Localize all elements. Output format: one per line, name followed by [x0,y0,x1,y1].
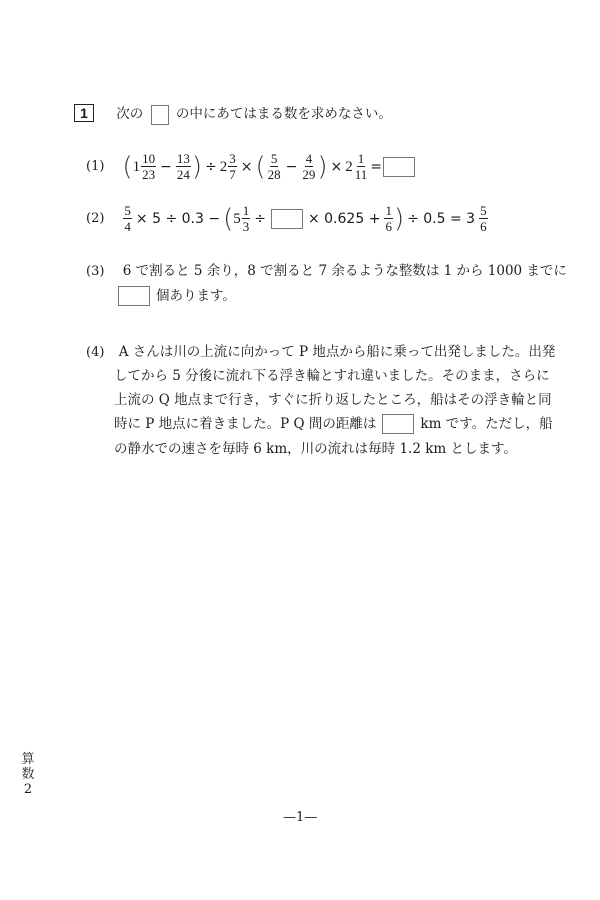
fraction: 429 [301,152,316,181]
q1-whole: 2 [345,157,353,177]
fraction: 528 [267,152,282,181]
q1-label: (1) [86,157,104,177]
q3-line1: 6 で割ると 5 余り，8 で割ると 7 余るような整数は 1 から 1000 … [123,263,567,279]
close-paren: ) [317,154,327,180]
div-op: ÷ [205,157,217,177]
minus-op: − [286,157,298,177]
q3-answer-box[interactable] [118,286,150,306]
expression-part: × 5 ÷ 0.3 − [136,209,220,229]
q1-whole: 1 [133,157,141,177]
q3-line2: 個あります。 [156,286,236,306]
question-2: (2) 54 × 5 ÷ 0.3 − ( 5 13 ÷ × 0.625 + 16… [86,204,489,233]
expression-part: × 0.625 + [308,209,380,229]
blank-box-example [151,105,169,125]
q4-answer-box[interactable] [382,414,414,434]
fraction: 1023 [141,152,156,181]
subject-char: 算 [20,752,36,767]
open-paren: ( [255,154,265,180]
q4-line4: 時に P 地点に着きました。P Q 間の距離は km です。ただし，船 [114,414,553,434]
subject-char: 2 [20,782,36,797]
q4-line1: A さんは川の上流に向かって P 地点から船に乗って出発しました。出発 [119,344,556,360]
minus-op: − [160,157,172,177]
question-4: (4) A さんは川の上流に向かって P 地点から船に乗って出発しました。出発 [86,342,555,363]
instruction-post: の中にあてはまる数を求めなさい。 [176,106,392,122]
question-1: (1) ( 1 1023 − 1324 ) ÷ 2 37 × ( 528 − 4… [86,152,415,181]
times-op: × [330,157,342,177]
subject-char: 数 [20,767,36,782]
open-paren: ( [122,154,132,180]
open-paren: ( [223,206,233,232]
fraction: 56 [479,204,488,233]
question-3: (3) 6 で割ると 5 余り，8 で割ると 7 余るような整数は 1 から 1… [86,261,567,282]
fraction: 13 [242,204,251,233]
q4-line4-pre: 時に P 地点に着きました。P Q 間の距離は [114,414,376,434]
q4-line2: してから 5 分後に流れ下る浮き輪とすれ違いました。そのまま，さらに [114,366,550,386]
equals-op: = [370,157,382,177]
q4-line3: 上流の Q 地点まで行き，すぐに折り返したところ，船はその浮き輪と同 [114,390,552,410]
times-op: × [241,157,253,177]
fraction: 111 [354,152,369,181]
q2-label: (2) [86,209,104,229]
q3-label: (3) [86,264,104,279]
fraction: 54 [123,204,132,233]
fraction: 16 [384,204,393,233]
q4-line4-post: km です。ただし，船 [420,414,552,434]
close-paren: ) [394,206,404,232]
page-number: —1— [283,810,317,825]
fraction: 37 [228,152,237,181]
q1-whole: 2 [220,157,228,177]
q1-answer-box[interactable] [383,157,415,177]
question-3-line2: 個あります。 [118,286,236,306]
expression-part: ÷ 0.5 = 3 [407,209,475,229]
instruction-pre: 次の [116,106,143,122]
q4-label: (4) [86,345,104,360]
q2-answer-box[interactable] [271,209,303,229]
q4-line5: の静水での速さを毎時 6 km，川の流れは毎時 1.2 km とします。 [114,439,517,459]
q2-whole: 5 [233,209,241,229]
div-op: ÷ [254,209,266,229]
problem-number: 1 [74,104,94,122]
close-paren: ) [192,154,202,180]
problem-header: 1 次の の中にあてはまる数を求めなさい。 [74,104,392,125]
subject-label: 算 数 2 [20,752,36,797]
fraction: 1324 [176,152,191,181]
